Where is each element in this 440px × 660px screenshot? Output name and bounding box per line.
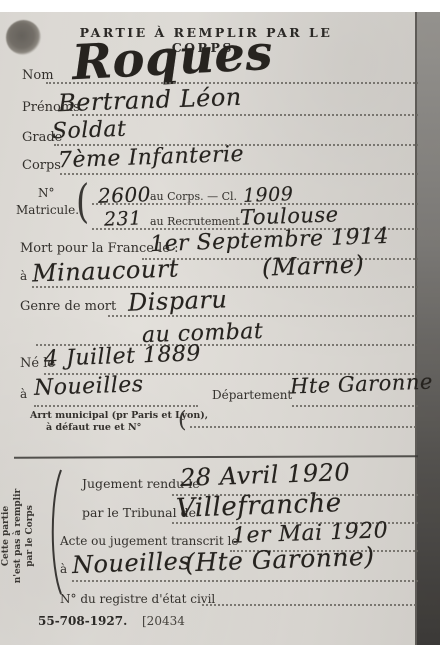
lieu-naissance-label: à bbox=[20, 387, 27, 401]
jugement-lieu-label: à bbox=[60, 562, 67, 576]
dotted-line bbox=[34, 403, 198, 407]
matricule-no-label: N° bbox=[38, 186, 55, 200]
genre-mort-value: Disparu bbox=[128, 285, 228, 316]
lieu-naissance-commune-value: Noueilles bbox=[34, 372, 144, 401]
dotted-line bbox=[202, 602, 416, 606]
matricule-corps-number: 2600 bbox=[98, 182, 152, 208]
arrondissement-label-line2: à défaut rue et N° bbox=[46, 422, 141, 433]
departement-label: Département bbox=[212, 388, 292, 402]
matricule-recrutement-number: 231 bbox=[104, 207, 143, 230]
side-note-line3: par le Corps bbox=[24, 478, 36, 594]
au-recrutement-label: au Recrutement bbox=[150, 215, 240, 228]
binding-spine-shadow bbox=[415, 12, 440, 645]
jugement-lieu-commune-value: Noueilles bbox=[72, 547, 192, 579]
dotted-line bbox=[108, 313, 418, 317]
matricule-label: Matricule. bbox=[16, 203, 79, 217]
genre-mort-label: Genre de mort bbox=[20, 299, 116, 314]
dotted-line bbox=[292, 403, 418, 407]
dotted-line bbox=[190, 424, 416, 428]
reference-number: [20434 bbox=[142, 614, 185, 628]
print-code: 55-708-1927. bbox=[38, 614, 127, 628]
dotted-line bbox=[72, 578, 418, 582]
registre-label: N° du registre d'état civil bbox=[60, 592, 215, 606]
corps-label: Corps bbox=[22, 158, 61, 173]
side-note-line1: Cette partie bbox=[0, 478, 12, 594]
grade-value: Soldat bbox=[52, 117, 127, 145]
tribunal-value: Villefranche bbox=[176, 488, 343, 524]
transcrit-label: Acte ou jugement transcrit le bbox=[60, 534, 238, 548]
naissance-departement-value: Hte Garonne bbox=[290, 370, 434, 399]
lieu-mort-label: à bbox=[20, 269, 27, 283]
lieu-mort-departement-value: (Marne) bbox=[262, 250, 365, 282]
dotted-line bbox=[60, 171, 418, 175]
dotted-line bbox=[72, 112, 418, 116]
au-corps-label: au Corps. — Cl. bbox=[150, 190, 237, 203]
side-note-vertical: Cette partie n'est pas à remplir par le … bbox=[0, 478, 44, 594]
side-note-line2: n'est pas à remplir bbox=[12, 478, 24, 594]
matricule-brace: ( bbox=[76, 175, 89, 229]
jugement-rendu-date-value: 28 Avril 1920 bbox=[180, 458, 351, 492]
circular-ink-stamp-icon bbox=[6, 20, 41, 55]
jugement-section-brace bbox=[46, 468, 64, 596]
lieu-mort-commune-value: Minaucourt bbox=[32, 254, 180, 287]
scanned-death-record-card: PARTIE À REMPLIR PAR LE CORPS. Roques No… bbox=[0, 0, 440, 660]
arrondissement-brace: ( bbox=[178, 408, 187, 433]
